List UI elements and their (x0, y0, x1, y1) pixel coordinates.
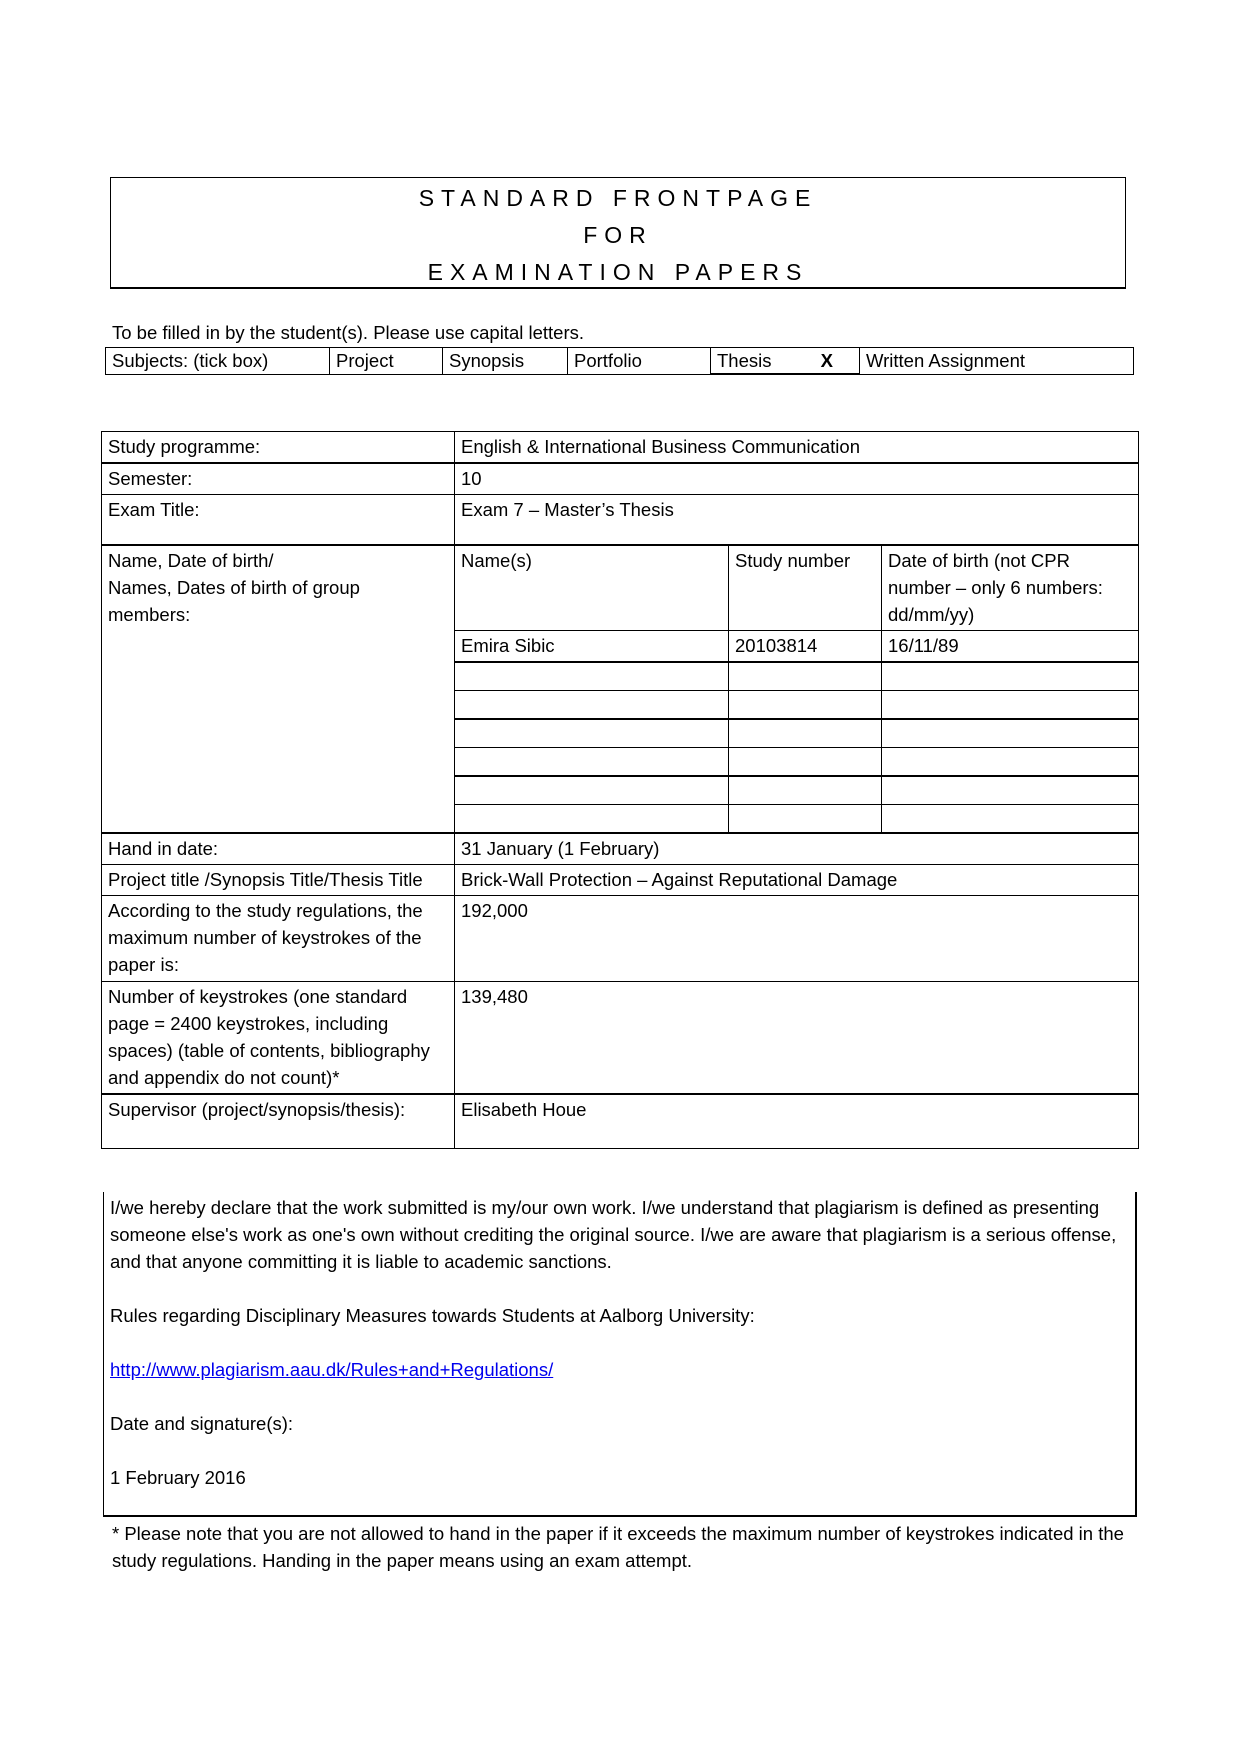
title-line-1: STANDARD FRONTPAGE (111, 180, 1125, 217)
exam-title-label: Exam Title: (102, 495, 455, 546)
study-programme-value[interactable]: English & International Business Communi… (455, 432, 1139, 464)
member-dob[interactable] (882, 805, 1139, 834)
semester-value[interactable]: 10 (455, 463, 1139, 495)
keystrokes-label: Number of keystrokes (one standard page … (102, 982, 455, 1095)
declaration-box: I/we hereby declare that the work submit… (103, 1192, 1137, 1517)
project-title-label: Project title /Synopsis Title/Thesis Tit… (102, 865, 455, 896)
member-name[interactable] (455, 691, 729, 720)
member-dob[interactable] (882, 748, 1139, 777)
member-name[interactable]: Emira Sibic (455, 631, 729, 663)
member-study-number[interactable] (729, 748, 882, 777)
declaration-text: I/we hereby declare that the work submit… (110, 1194, 1129, 1275)
page-title-box: STANDARD FRONTPAGE FOR EXAMINATION PAPER… (110, 177, 1126, 289)
member-study-number[interactable] (729, 691, 882, 720)
exam-info-table: Study programme: English & International… (101, 431, 1139, 1149)
member-name[interactable] (455, 662, 729, 691)
members-label: Name, Date of birth/ Names, Dates of bir… (102, 545, 455, 833)
title-line-2: FOR (111, 217, 1125, 254)
member-name[interactable] (455, 805, 729, 834)
member-study-number[interactable] (729, 719, 882, 748)
member-name[interactable] (455, 776, 729, 805)
member-dob[interactable] (882, 776, 1139, 805)
semester-label: Semester: (102, 463, 455, 495)
subject-option-thesis[interactable]: Thesis X (711, 348, 860, 375)
member-name[interactable] (455, 748, 729, 777)
member-study-number[interactable] (729, 662, 882, 691)
members-label-line-2: Names, Dates of birth of group (108, 574, 448, 601)
members-label-line-1: Name, Date of birth/ (108, 547, 448, 574)
rules-label: Rules regarding Disciplinary Measures to… (110, 1302, 1129, 1329)
keystrokes-value[interactable]: 139,480 (455, 982, 1139, 1095)
hand-in-date-label: Hand in date: (102, 833, 455, 865)
project-title-value[interactable]: Brick-Wall Protection – Against Reputati… (455, 865, 1139, 896)
member-study-number[interactable] (729, 805, 882, 834)
exam-title-value[interactable]: Exam 7 – Master’s Thesis (455, 495, 1139, 546)
member-name[interactable] (455, 719, 729, 748)
members-column-names: Name(s) (455, 545, 729, 631)
member-dob[interactable] (882, 719, 1139, 748)
subjects-label: Subjects: (tick box) (106, 348, 330, 375)
member-study-number[interactable] (729, 776, 882, 805)
title-line-3: EXAMINATION PAPERS (111, 254, 1125, 291)
subject-option-portfolio[interactable]: Portfolio (568, 348, 711, 375)
supervisor-value[interactable]: Elisabeth Houe (455, 1094, 1139, 1149)
subject-option-project[interactable]: Project (330, 348, 443, 375)
members-label-line-3: members: (108, 601, 448, 628)
member-study-number[interactable]: 20103814 (729, 631, 882, 663)
subject-option-written-assignment[interactable]: Written Assignment (860, 348, 1134, 375)
max-keystrokes-label: According to the study regulations, the … (102, 896, 455, 982)
signature-value[interactable]: 1 February 2016 (110, 1464, 1129, 1491)
footnote: * Please note that you are not allowed t… (112, 1520, 1142, 1574)
study-programme-label: Study programme: (102, 432, 455, 464)
subjects-table: Subjects: (tick box) Project Synopsis Po… (105, 347, 1134, 375)
members-column-study-number: Study number (729, 545, 882, 631)
members-column-dob: Date of birth (not CPR number – only 6 n… (882, 545, 1139, 631)
hand-in-date-value[interactable]: 31 January (1 February) (455, 833, 1139, 865)
instructions-text: To be filled in by the student(s). Pleas… (112, 322, 584, 344)
max-keystrokes-value[interactable]: 192,000 (455, 896, 1139, 982)
tick-mark-icon: X (821, 348, 833, 373)
subject-option-thesis-label: Thesis (717, 350, 772, 371)
subject-option-synopsis[interactable]: Synopsis (443, 348, 568, 375)
member-dob[interactable] (882, 662, 1139, 691)
signature-label: Date and signature(s): (110, 1410, 1129, 1437)
member-dob[interactable]: 16/11/89 (882, 631, 1139, 663)
rules-link[interactable]: http://www.plagiarism.aau.dk/Rules+and+R… (110, 1359, 553, 1380)
member-dob[interactable] (882, 691, 1139, 720)
supervisor-label: Supervisor (project/synopsis/thesis): (102, 1094, 455, 1149)
